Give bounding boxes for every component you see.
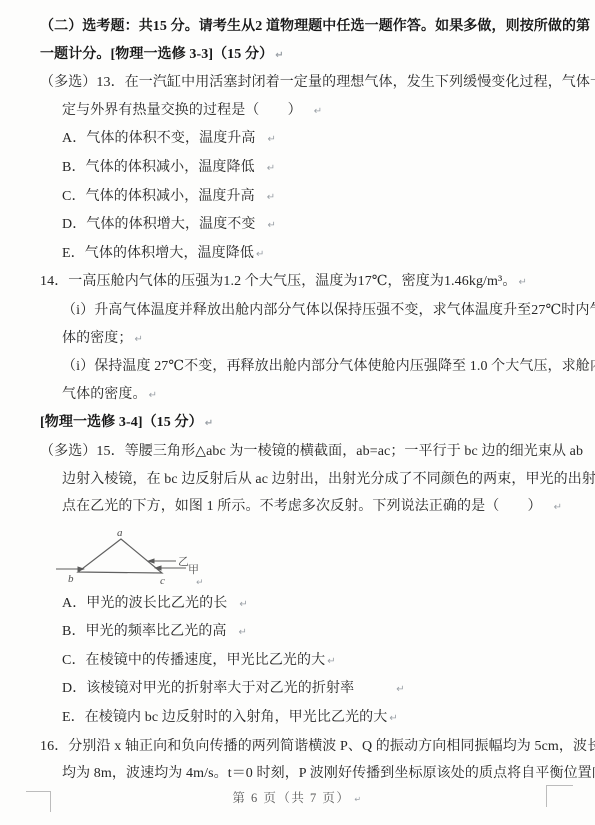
question-16-line-1: 16．分别沿 x 轴正向和负向传播的两列简谐横波 P、Q 的振动方向相同振幅均为… bbox=[40, 733, 563, 761]
return-mark-icon: ↵ bbox=[275, 50, 283, 61]
question-14-part1-text-1: （i）升高气体温度并释放出舱内部分气体以保持压强不变，求气体温度升至27℃时内气 bbox=[62, 303, 595, 318]
prism-triangle bbox=[78, 539, 162, 573]
section-header-text-2: 一题计分。[物理一选修 3-3]（15 分） bbox=[40, 47, 273, 62]
page-number-label: 第 6 页（共 7 页） bbox=[232, 791, 350, 805]
option-text: A．甲光的波长比乙光的长 bbox=[62, 596, 227, 611]
question-14-text: 14．一高压舱内气体的压强为1.2 个大气压，温度为17℃，密度为1.46kg/… bbox=[40, 274, 516, 289]
question-14-part2-text-2: 气体的密度。 bbox=[62, 387, 147, 402]
return-mark-icon: ↵ bbox=[327, 656, 335, 667]
footer-boundary-mark-right bbox=[546, 785, 573, 807]
return-mark-icon: ↵ bbox=[196, 578, 204, 588]
question-13-option-b: B．气体的体积减小，温度降低↵ bbox=[40, 154, 563, 183]
page-footer: 第 6 页（共 7 页）↵ bbox=[0, 788, 595, 806]
return-mark-icon: ↵ bbox=[205, 418, 213, 429]
return-mark-icon: ↵ bbox=[268, 134, 276, 145]
question-16-text-2: 均为 8m，波速均为 4m/s。t＝0 时刻，P 波刚好传播到坐标原该处的质点将… bbox=[62, 766, 595, 781]
question-14-stem: 14．一高压舱内气体的压强为1.2 个大气压，温度为17℃，密度为1.46kg/… bbox=[40, 268, 563, 297]
return-mark-icon: ↵ bbox=[314, 106, 322, 117]
return-mark-icon: ↵ bbox=[267, 163, 275, 174]
question-16-line-2: 均为 8m，波速均为 4m/s。t＝0 时刻，P 波刚好传播到坐标原该处的质点将… bbox=[40, 760, 563, 788]
module-3-4-header: [物理一选修 3-4]（15 分）↵ bbox=[40, 409, 563, 438]
option-text: C．气体的体积减小，温度升高 bbox=[62, 189, 255, 204]
question-13-option-a: A．气体的体积不变，温度升高↵ bbox=[40, 125, 563, 154]
question-14-part2-line-1: （i）保持温度 27℃不变，再释放出舱内部分气体使舱内压强降至 1.0 个大气压… bbox=[40, 353, 563, 381]
section-header-line-2: 一题计分。[物理一选修 3-3]（15 分）↵ bbox=[40, 41, 563, 70]
return-mark-icon: ↵ bbox=[396, 684, 404, 695]
question-13-text-2: 定与外界有热量交换的过程是（ ） bbox=[62, 103, 302, 118]
ray-jia-label: 甲 bbox=[188, 563, 199, 576]
question-14-part1-text-2: 体的密度； bbox=[62, 331, 133, 346]
question-15-line-3: 点在乙光的下方，如图 1 所示。不考虑多次反射。下列说法正确的是（ ）↵ bbox=[40, 493, 563, 522]
return-mark-icon: ↵ bbox=[239, 627, 247, 638]
option-text: A．气体的体积不变，温度升高 bbox=[62, 131, 256, 146]
return-mark-icon: ↵ bbox=[267, 192, 275, 203]
option-text: B．气体的体积减小，温度降低 bbox=[62, 160, 255, 175]
question-15-line-2: 边射入棱镜，在 bc 边反射后从 ac 边射出，出射光分成了不同颜色的两束，甲光… bbox=[40, 466, 563, 494]
return-mark-icon: ↵ bbox=[554, 502, 562, 513]
ray-yi-arrowhead bbox=[147, 558, 155, 563]
question-14-part2-text-1: （i）保持温度 27℃不变，再释放出舱内部分气体使舱内压强降至 1.0 个大气压… bbox=[62, 359, 595, 374]
question-13-option-c: C．气体的体积减小，温度升高↵ bbox=[40, 183, 563, 212]
module-3-4-header-text: [物理一选修 3-4]（15 分） bbox=[40, 415, 203, 430]
figure-1-prism-diagram: a b c 乙 甲 ↵ bbox=[50, 523, 260, 589]
option-text: C．在棱镜中的传播速度，甲光比乙光的大 bbox=[62, 653, 325, 668]
return-mark-icon: ↵ bbox=[354, 795, 362, 804]
question-15-line-1: （多选）15．等腰三角形△abc 为一棱镜的横截面，ab=ac；一平行于 bc … bbox=[40, 438, 563, 466]
question-14-part2-line-2: 气体的密度。↵ bbox=[40, 381, 563, 410]
question-13-line-2: 定与外界有热量交换的过程是（ ）↵ bbox=[40, 97, 563, 126]
question-15-option-c: C．在棱镜中的传播速度，甲光比乙光的大↵ bbox=[40, 647, 563, 676]
option-text: D．气体的体积增大，温度不变 bbox=[62, 217, 256, 232]
return-mark-icon: ↵ bbox=[389, 713, 397, 724]
option-text: D．该棱镜对甲光的折射率大于对乙光的折射率 bbox=[62, 681, 354, 696]
exam-page: （二）选考题：共15 分。请考生从2 道物理题中任选一题作答。如果多做，则按所做… bbox=[0, 0, 595, 825]
question-13-option-e: E．气体的体积增大，温度降低↵ bbox=[40, 240, 563, 269]
question-15-option-a: A．甲光的波长比乙光的长↵ bbox=[40, 590, 563, 619]
option-text: B．甲光的频率比乙光的高 bbox=[62, 624, 227, 639]
return-mark-icon: ↵ bbox=[135, 334, 143, 345]
question-14-part1-line-2: 体的密度；↵ bbox=[40, 325, 563, 354]
option-text: E．在棱镜内 bc 边反射时的入射角，甲光比乙光的大 bbox=[62, 710, 387, 725]
question-14-part1-line-1: （i）升高气体温度并释放出舱内部分气体以保持压强不变，求气体温度升至27℃时内气 bbox=[40, 297, 563, 325]
section-header-line-1: （二）选考题：共15 分。请考生从2 道物理题中任选一题作答。如果多做，则按所做… bbox=[40, 13, 563, 41]
question-15-text-3: 点在乙光的下方，如图 1 所示。不考虑多次反射。下列说法正确的是（ ） bbox=[62, 499, 542, 514]
question-15-option-d: D．该棱镜对甲光的折射率大于对乙光的折射率↵ bbox=[40, 675, 563, 704]
return-mark-icon: ↵ bbox=[239, 599, 247, 610]
question-16-text-1: 16．分别沿 x 轴正向和负向传播的两列简谐横波 P、Q 的振动方向相同振幅均为… bbox=[40, 739, 595, 754]
vertex-a-label: a bbox=[117, 527, 123, 539]
return-mark-icon: ↵ bbox=[268, 220, 276, 231]
question-15-text-1: （多选）15．等腰三角形△abc 为一棱镜的横截面，ab=ac；一平行于 bc … bbox=[40, 444, 583, 459]
question-13-text-1: （多选）13．在一汽缸中用活塞封闭着一定量的理想气体，发生下列缓慢变化过程，气体… bbox=[40, 75, 595, 90]
return-mark-icon: ↵ bbox=[256, 249, 264, 260]
section-header-text-1: （二）选考题：共15 分。请考生从2 道物理题中任选一题作答。如果多做，则按所做… bbox=[40, 19, 590, 34]
return-mark-icon: ↵ bbox=[518, 277, 526, 288]
figure-1-container: a b c 乙 甲 ↵ bbox=[50, 523, 563, 589]
option-text: E．气体的体积增大，温度降低 bbox=[62, 246, 254, 261]
vertex-b-label: b bbox=[68, 573, 74, 585]
question-15-text-2: 边射入棱镜，在 bc 边反射后从 ac 边射出，出射光分成了不同颜色的两束，甲光… bbox=[62, 472, 595, 487]
question-13-line-1: （多选）13．在一汽缸中用活塞封闭着一定量的理想气体，发生下列缓慢变化过程，气体… bbox=[40, 69, 563, 97]
footer-boundary-mark-left bbox=[26, 791, 51, 812]
return-mark-icon: ↵ bbox=[149, 390, 157, 401]
vertex-c-label: c bbox=[160, 575, 165, 587]
question-15-option-b: B．甲光的频率比乙光的高↵ bbox=[40, 618, 563, 647]
question-13-option-d: D．气体的体积增大，温度不变↵ bbox=[40, 211, 563, 240]
question-15-option-e: E．在棱镜内 bc 边反射时的入射角，甲光比乙光的大↵ bbox=[40, 704, 563, 733]
